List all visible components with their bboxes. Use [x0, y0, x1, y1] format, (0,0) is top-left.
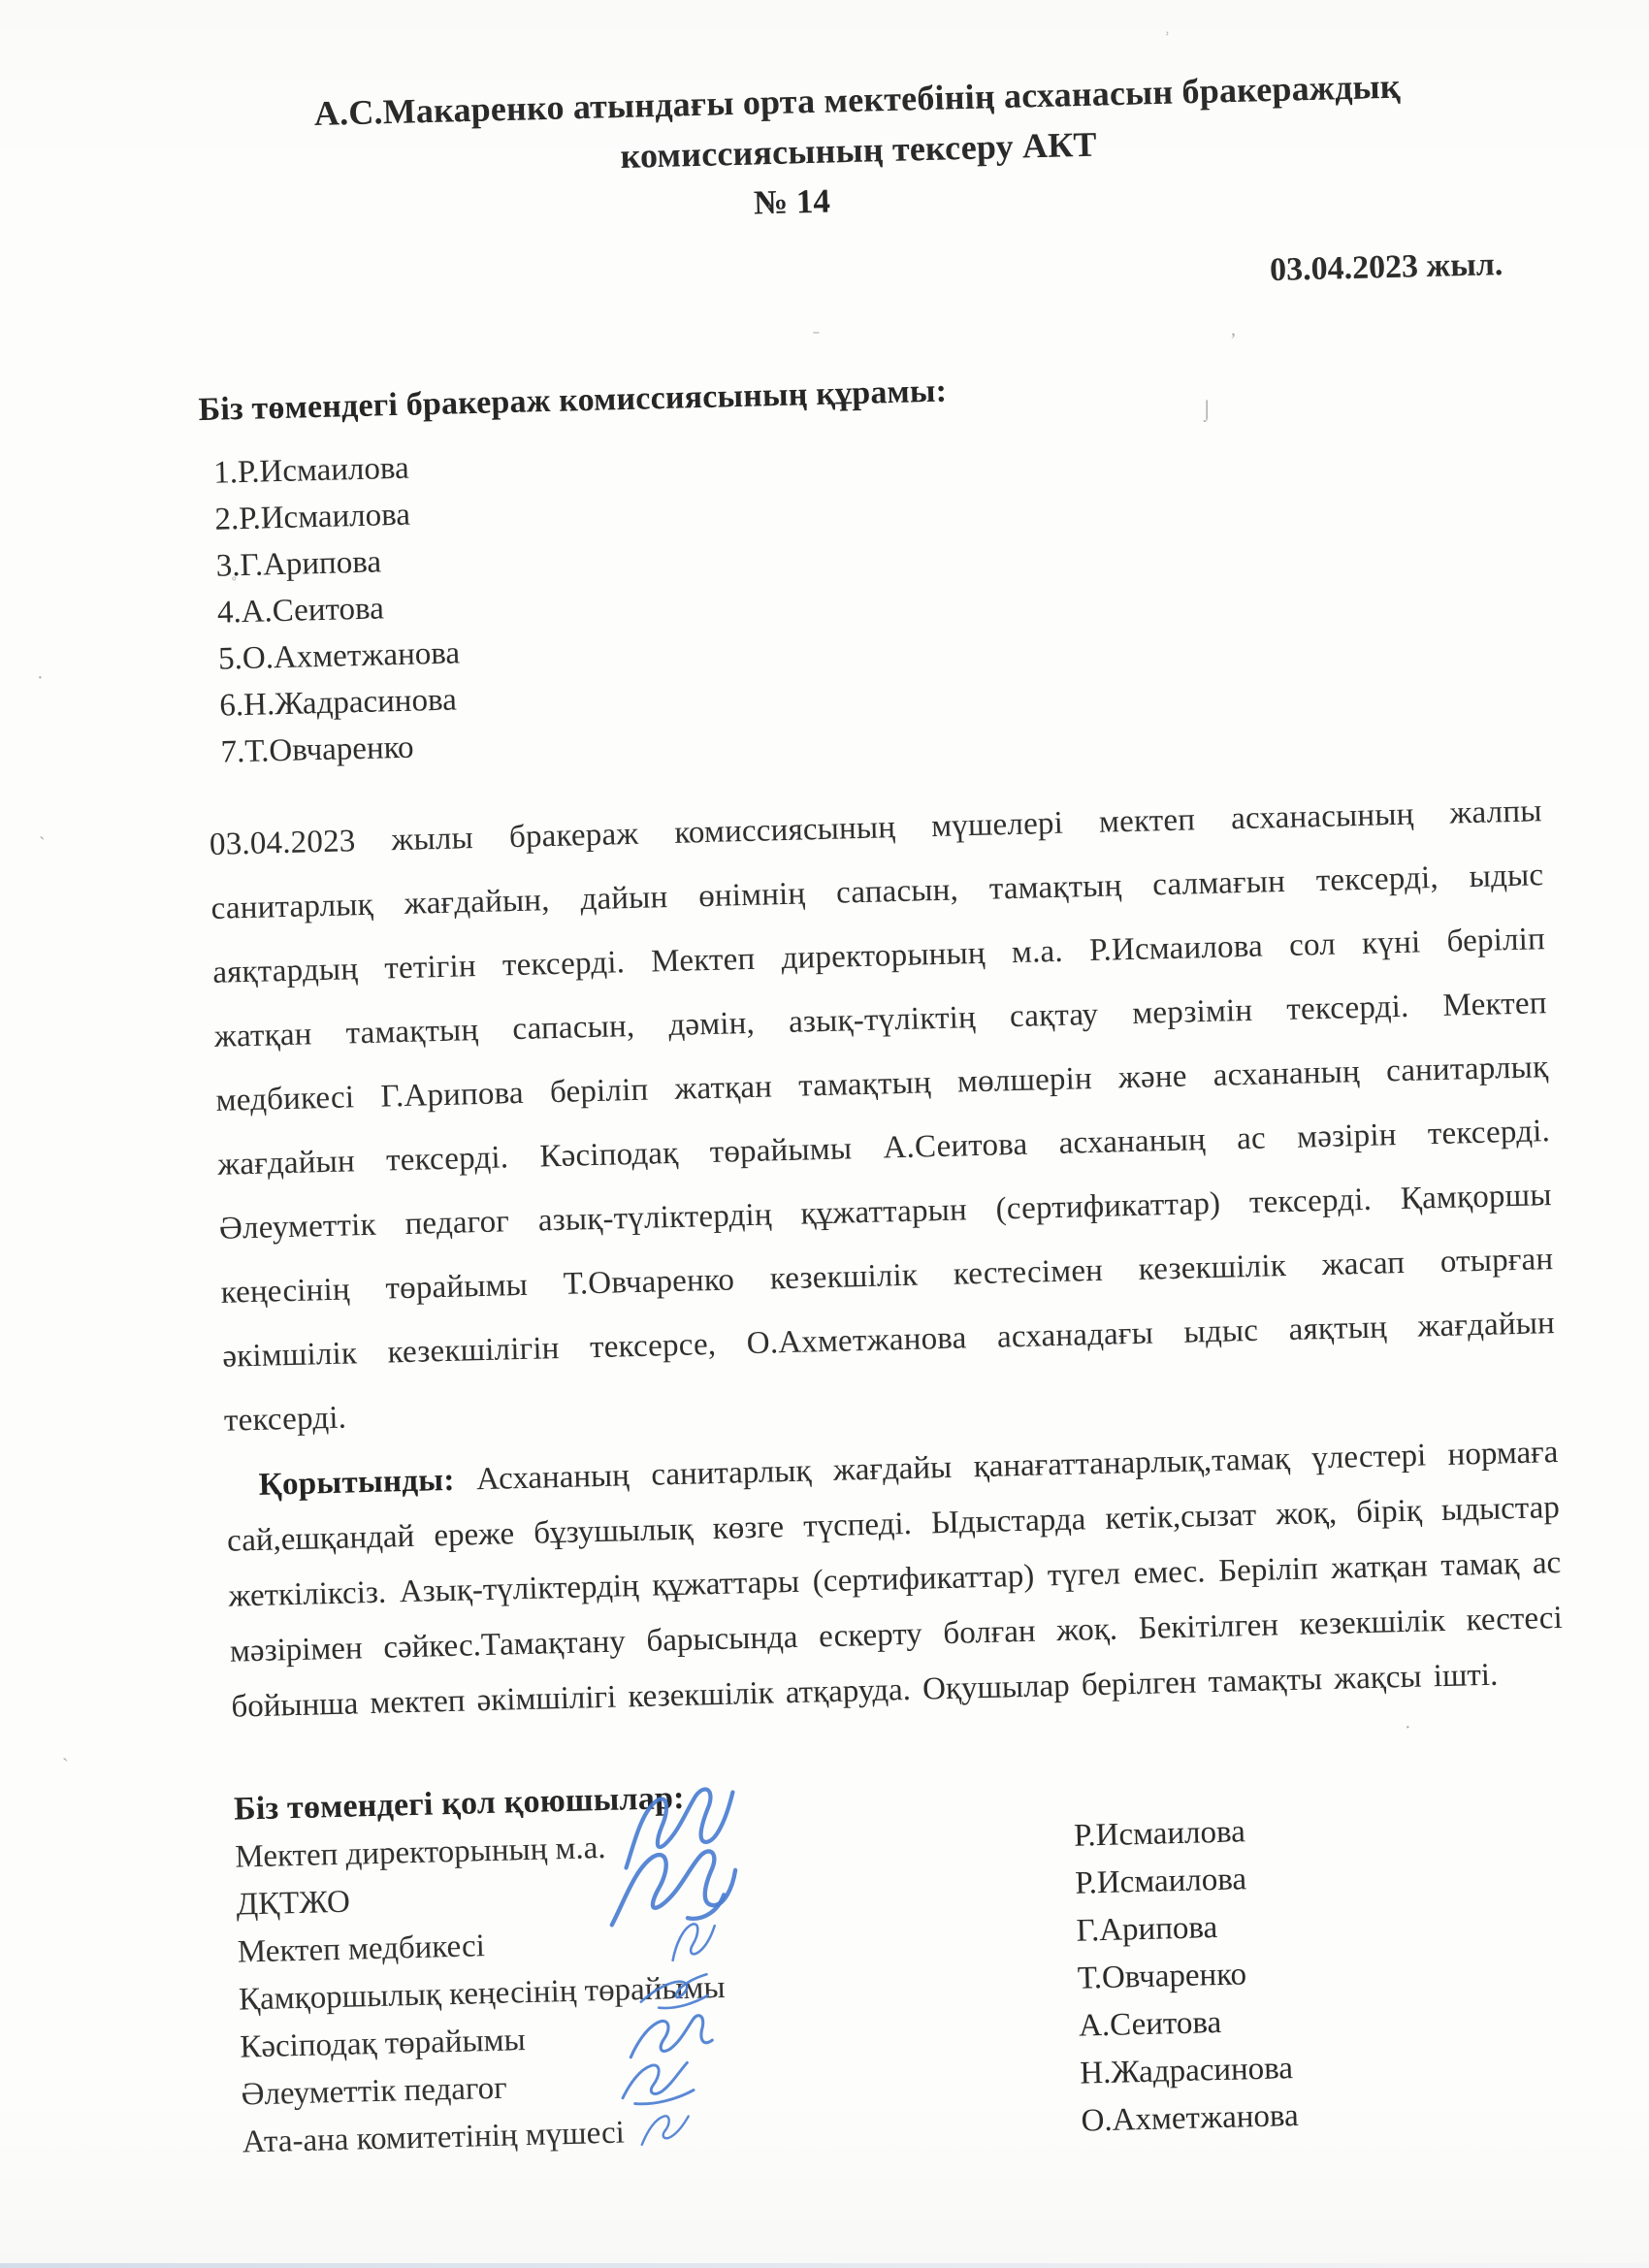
body-paragraph: 03.04.2023 жылы бракераж комиссиясының м…: [209, 779, 1557, 1453]
signature-slot: [802, 2036, 1079, 2043]
signature-slot: [800, 1941, 1077, 1948]
signature-slot: [797, 1846, 1074, 1853]
conclusion-paragraph: Қорытынды: Асхананың санитарлық жағдайы …: [225, 1425, 1565, 1735]
signer-name: Р.Исмаилова: [1074, 1806, 1568, 1855]
signature-slot: [799, 1894, 1076, 1900]
signature-slot: [805, 2131, 1082, 2138]
document-date: 03.04.2023 жыл.: [195, 245, 1529, 316]
signer-role: Мектеп директорының м.а.: [235, 1826, 798, 1876]
document-content: А.С.Макаренко атындағы орта мектебінің а…: [0, 0, 1649, 2178]
conclusion-label: Қорытынды:: [258, 1463, 455, 1503]
commission-members-list: 1.Р.Исмаилова 2.Р.Исмаилова 3.Г.Арипова …: [200, 416, 1540, 776]
scan-bottom-edge: [0, 2263, 1649, 2268]
signature-slot: [804, 2084, 1081, 2090]
signature-table: Мектеп директорының м.а. Р.Исмаилова ДҚТ…: [235, 1806, 1575, 2173]
scanned-document-page: А.С.Макаренко атындағы орта мектебінің а…: [0, 0, 1649, 2268]
commission-heading: Біз төмендегі бракераж комиссиясының құр…: [198, 358, 1532, 429]
signature-slot: [801, 1989, 1078, 1995]
